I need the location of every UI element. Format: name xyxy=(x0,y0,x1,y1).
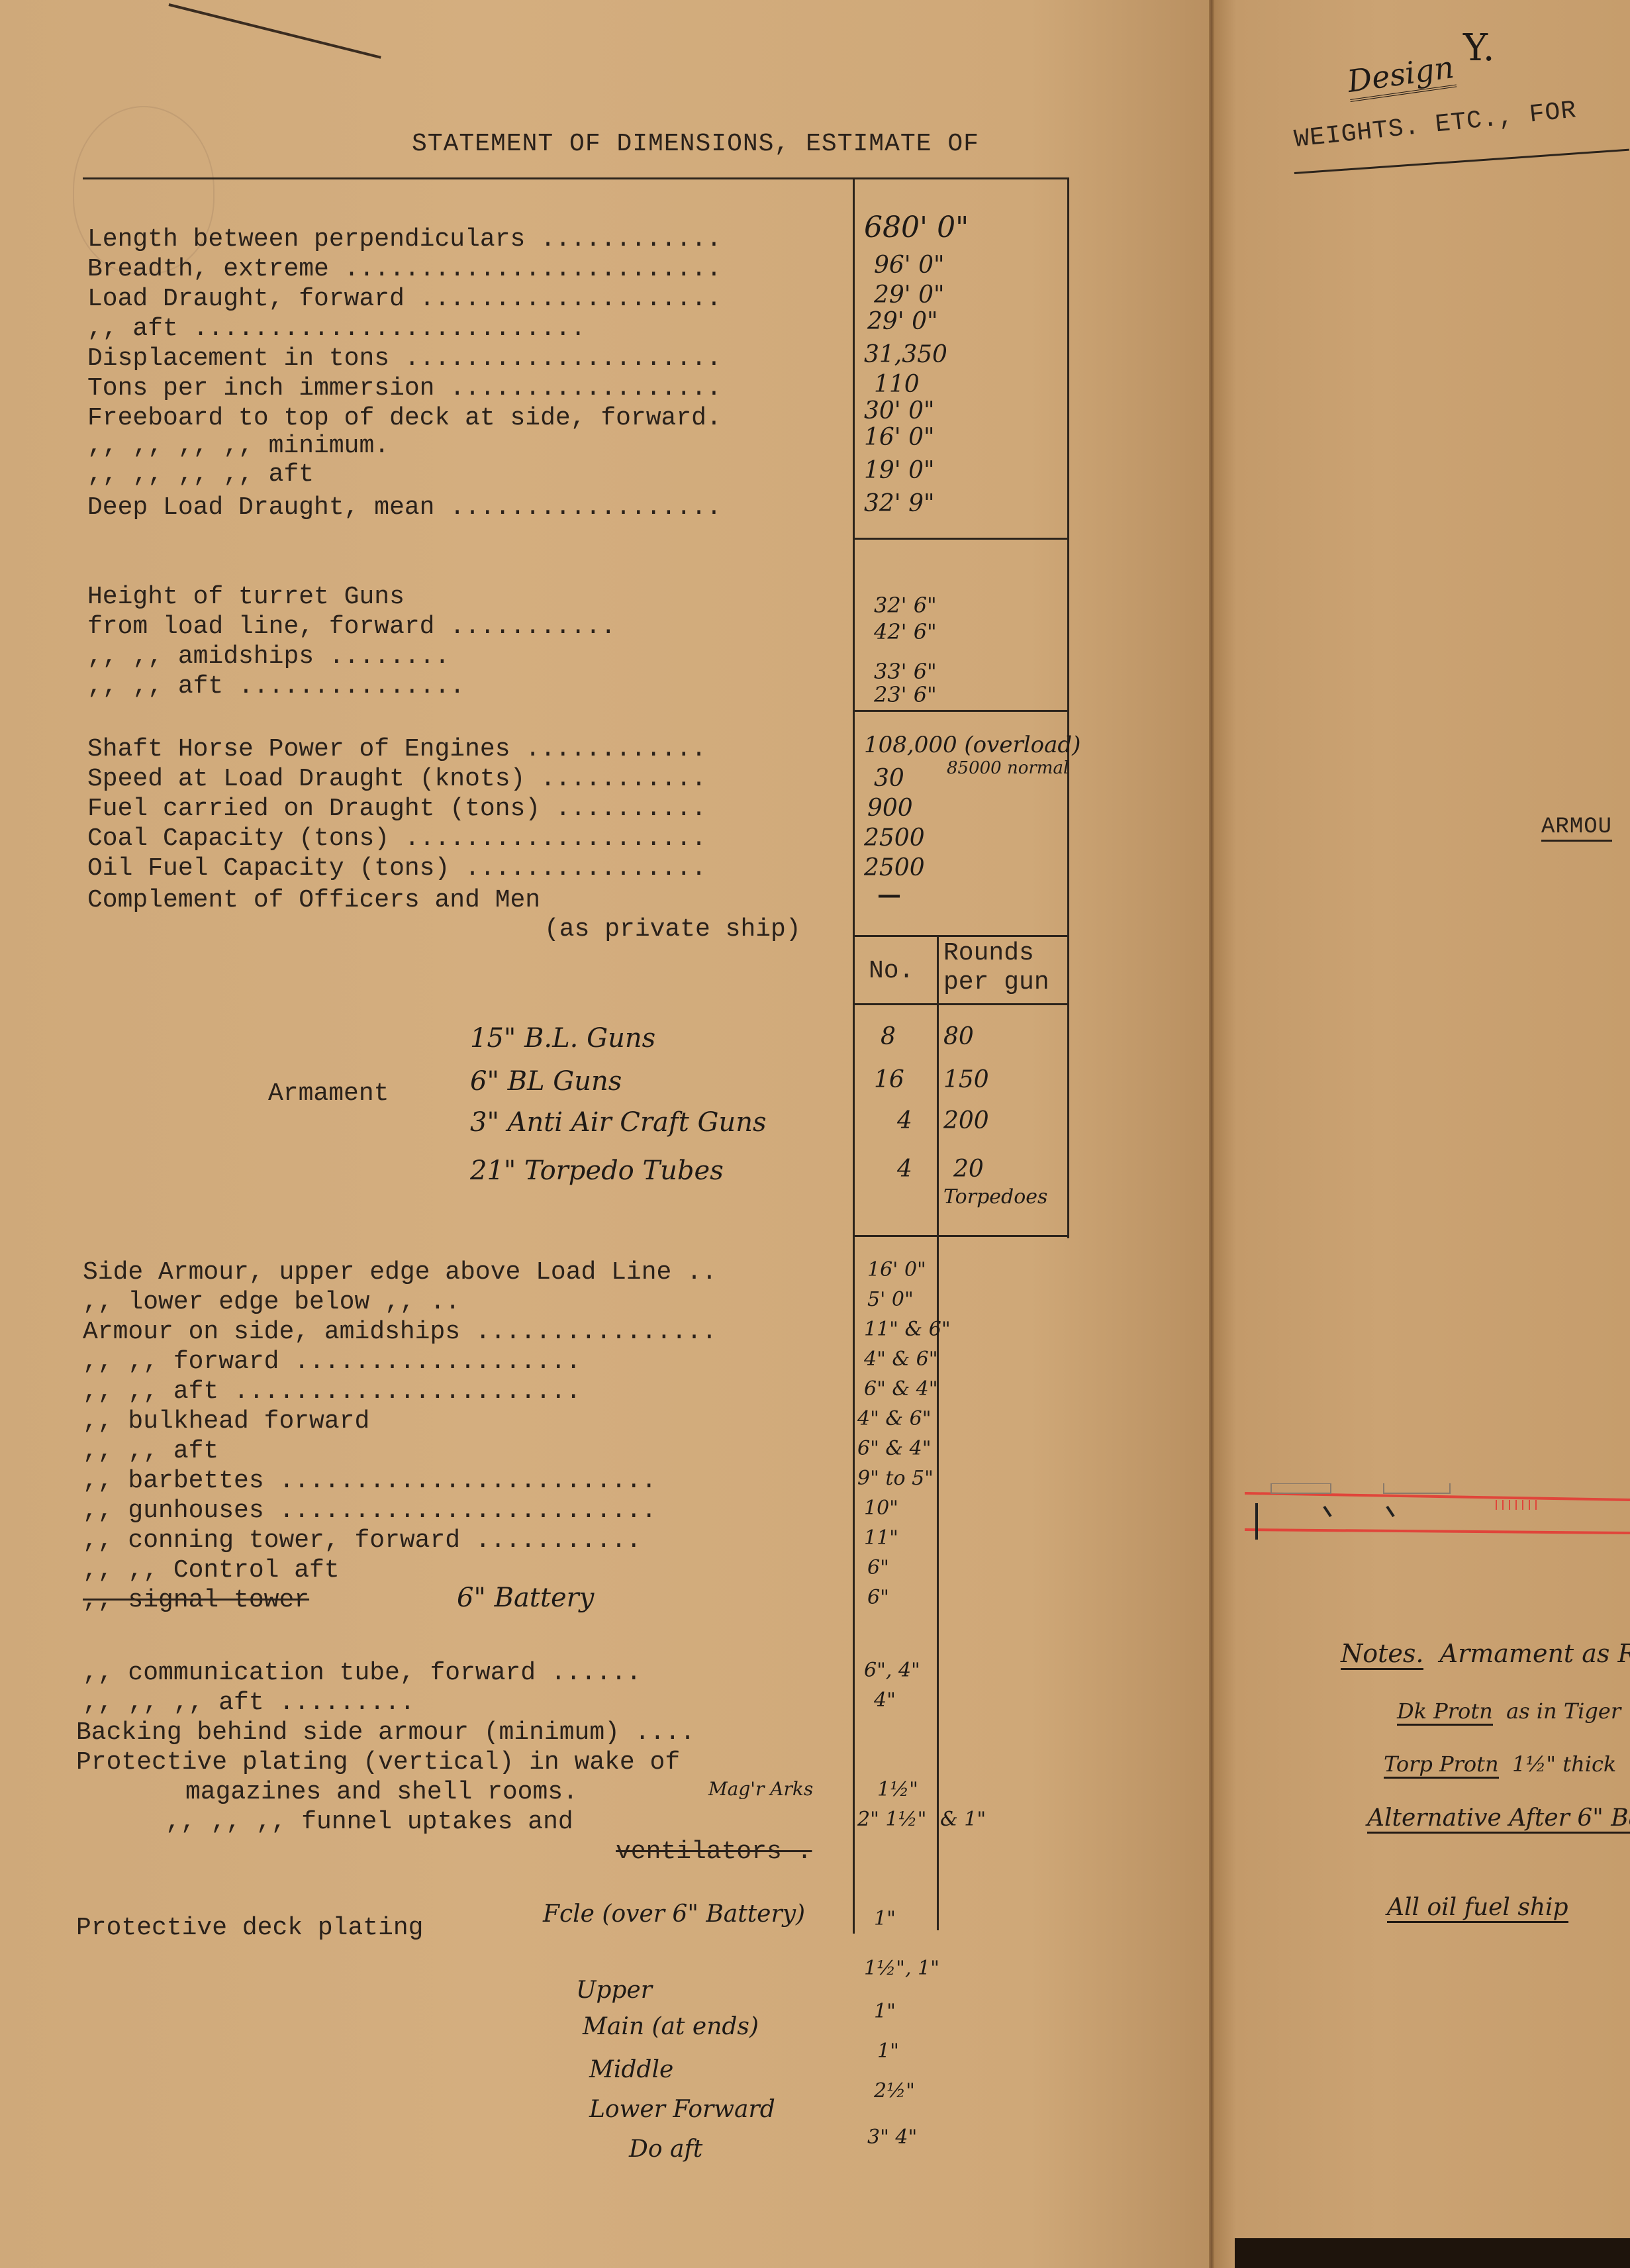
turret-value: 33' 6" xyxy=(874,659,937,684)
box-divider-3 xyxy=(853,935,1069,937)
armour-value: 6" xyxy=(867,1586,889,1609)
turret-value: 32' 6" xyxy=(874,593,937,618)
armour-value: 11" xyxy=(864,1526,898,1550)
armour-value: 10" xyxy=(864,1497,898,1520)
machinery-row: Coal Capacity (tons) ...................… xyxy=(87,824,706,854)
armour-row: Backing behind side armour (minimum) ...… xyxy=(76,1718,695,1748)
armour-row: ,, ,, aft xyxy=(83,1437,218,1466)
turret-row: ,, ,, aft ............... xyxy=(87,672,465,701)
dimension-row: ,, ,, ,, ,, aft xyxy=(87,460,314,489)
armour-section-heading: ARMOU xyxy=(1541,814,1612,842)
machinery-value: 2500 xyxy=(864,824,925,852)
deck-name: Main (at ends) xyxy=(583,2013,759,2040)
armour-value: 6" xyxy=(867,1556,889,1579)
machinery-row: Complement of Officers and Men xyxy=(87,886,540,915)
armament-no: 8 xyxy=(881,1023,896,1050)
note-row: Torp Protn 1½" thick xyxy=(1384,1751,1616,1777)
dimension-row: Displacement in tons ...................… xyxy=(87,344,722,373)
deck-name: Upper xyxy=(576,1977,652,2004)
note-row: All oil fuel ship xyxy=(1387,1894,1568,1923)
armament-rounds: 20 xyxy=(953,1156,984,1183)
dimension-row: ,, aft .......................... xyxy=(87,315,586,344)
armour-value: 9" to 5" xyxy=(857,1467,934,1490)
armour-row: ,, ,, aft ....................... xyxy=(83,1377,581,1406)
armour-row: ,, bulkhead forward xyxy=(83,1407,369,1436)
machinery-row: Oil Fuel Capacity (tons) ...............… xyxy=(87,854,706,883)
armament-rounds: 80 xyxy=(943,1023,974,1050)
dimension-row: Tons per inch immersion ................… xyxy=(87,374,722,403)
machinery-row: (as private ship) xyxy=(544,915,801,944)
box-divider-2 xyxy=(853,710,1069,712)
dimension-value: 96' 0" xyxy=(874,252,945,279)
armour-row: magazines and shell rooms. xyxy=(185,1778,578,1807)
machinery-row: Speed at Load Draught (knots) ..........… xyxy=(87,765,706,794)
armament-col-rounds: Rounds xyxy=(943,939,1034,968)
machinery-value: 108,000 (overload) xyxy=(864,732,1080,758)
note-row: Dk Protn as in Tiger xyxy=(1397,1699,1621,1724)
dimension-value: 31,350 xyxy=(864,341,947,368)
armament-rounds: 200 xyxy=(943,1107,989,1134)
armament-col-no: No. xyxy=(869,957,914,986)
turret-value: 23' 6" xyxy=(874,682,937,707)
deck-plating-label: Protective deck plating xyxy=(76,1914,424,1943)
armament-no: 16 xyxy=(874,1066,904,1093)
machinery-value: — xyxy=(877,881,901,909)
dimension-row: Load Draught, forward ..................… xyxy=(87,285,722,314)
box-divider-4 xyxy=(853,1003,1069,1005)
right-page xyxy=(1212,0,1630,2268)
armour-value: 4" & 6" xyxy=(864,1348,938,1371)
armour-row: ventilators . xyxy=(616,1838,812,1867)
armour-row: Protective plating (vertical) in wake of xyxy=(76,1748,680,1777)
machinery-value: 30 xyxy=(874,765,904,792)
armament-no: 4 xyxy=(897,1107,912,1134)
ship-profile-sketch-icon xyxy=(1245,1483,1630,1563)
box-divider-1 xyxy=(853,538,1069,540)
armour-insert: Mag'r Arks xyxy=(708,1778,813,1800)
armour-insert: 6" Battery xyxy=(457,1583,594,1613)
note-row: Notes. Armament as R.S xyxy=(1341,1639,1630,1668)
armour-row: Side Armour, upper edge above Load Line … xyxy=(83,1258,717,1287)
armour-value: 6" & 4" xyxy=(857,1437,932,1460)
dimension-row: Breadth, extreme .......................… xyxy=(87,255,722,284)
armament-gun: 21" Torpedo Tubes xyxy=(470,1156,724,1186)
armour-row: ,, ,, ,, aft ......... xyxy=(83,1689,415,1718)
machinery-note: 85000 normal xyxy=(947,758,1069,778)
armour-value: 16' 0" xyxy=(867,1258,926,1281)
book-edge xyxy=(1235,2238,1630,2268)
dimension-row: Length between perpendiculars ..........… xyxy=(87,225,722,254)
armour-row: ,, ,, Control aft xyxy=(83,1556,340,1585)
armour-value: 11" & 6" xyxy=(864,1318,951,1341)
design-letter: Y. xyxy=(1463,26,1495,70)
armour-row: ,, ,, ,, funnel uptakes and xyxy=(166,1808,573,1837)
armour-value: 6" & 4" xyxy=(864,1377,938,1401)
armament-gun: 15" B.L. Guns xyxy=(470,1023,655,1054)
deck-name: Do aft xyxy=(629,2136,702,2163)
armament-gun: 3" Anti Air Craft Guns xyxy=(470,1107,766,1138)
dimension-value: 29' 0" xyxy=(867,308,938,335)
document-title-left: STATEMENT OF DIMENSIONS, ESTIMATE OF xyxy=(412,130,979,158)
dimension-value: 680' 0" xyxy=(864,211,969,244)
armament-gun: 6" BL Guns xyxy=(470,1066,622,1097)
dimension-value: 16' 0" xyxy=(864,424,935,451)
armour-row: ,, gunhouses ......................... xyxy=(83,1497,657,1526)
deck-value: 3" 4" xyxy=(867,2126,917,2149)
deck-value: 1" xyxy=(874,2000,896,2023)
turret-value: 42' 6" xyxy=(874,619,937,644)
armour-value: 6", 4" xyxy=(864,1659,920,1682)
dimension-value: 32' 9" xyxy=(864,490,935,517)
armour-row: ,, communication tube, forward ...... xyxy=(83,1659,642,1688)
deck-name: Middle xyxy=(589,2056,673,2083)
dimension-value: 110 xyxy=(874,371,920,398)
machinery-value: 2500 xyxy=(864,854,925,881)
armour-row: ,, conning tower, forward ........... xyxy=(83,1526,642,1555)
dimension-value: 30' 0" xyxy=(864,397,935,424)
deck-value: 1" xyxy=(877,2040,899,2063)
armament-no: 4 xyxy=(897,1156,912,1183)
armour-value: 4" xyxy=(874,1689,896,1712)
armour-row: Armour on side, amidships ..............… xyxy=(83,1318,717,1347)
armour-row: ,, barbettes ......................... xyxy=(83,1467,657,1496)
machinery-value: 900 xyxy=(867,795,913,822)
armour-row: ,, lower edge below ,, .. xyxy=(83,1288,460,1317)
machinery-row: Fuel carried on Draught (tons) .........… xyxy=(87,795,706,824)
deck-name: Fcle (over 6" Battery) xyxy=(543,1900,805,1928)
deck-value: 2½" xyxy=(874,2079,915,2102)
turret-heading: Height of turret Guns xyxy=(87,583,405,612)
armour-value-extra: & 1" xyxy=(940,1808,986,1831)
dimension-value: 19' 0" xyxy=(864,457,935,484)
book-gutter xyxy=(1209,0,1214,2268)
deck-value: 1½", 1" xyxy=(864,1957,939,1980)
armament-label: Armament xyxy=(268,1079,389,1109)
armour-value: 1½" xyxy=(877,1778,918,1801)
dimension-row: Freeboard to top of deck at side, forwar… xyxy=(87,404,722,433)
armament-rounds-note: Torpedoes xyxy=(943,1185,1047,1208)
armament-col-rounds: per gun xyxy=(943,968,1049,997)
dimension-value: 29' 0" xyxy=(874,281,945,309)
deck-name: Lower Forward xyxy=(589,2096,775,2123)
title-rule-left xyxy=(83,177,1069,179)
dimension-row: Deep Load Draught, mean ................… xyxy=(87,493,722,522)
value-column-left-border xyxy=(853,179,855,1934)
armour-row: ,, ,, forward ................... xyxy=(83,1348,581,1377)
armour-value: 2" 1½" xyxy=(857,1808,926,1831)
armament-column-divider xyxy=(937,937,939,1930)
turret-row: ,, ,, amidships ........ xyxy=(87,642,450,671)
armour-value: 5' 0" xyxy=(867,1288,914,1311)
armour-row: ,, signal tower xyxy=(83,1586,309,1615)
armour-value: 4" & 6" xyxy=(857,1407,932,1430)
value-column-right-border xyxy=(1067,179,1069,1238)
machinery-row: Shaft Horse Power of Engines ...........… xyxy=(87,735,706,764)
armament-rounds: 150 xyxy=(943,1066,989,1093)
box-divider-5 xyxy=(853,1235,1069,1237)
note-row: Alternative After 6" Bat xyxy=(1367,1804,1630,1834)
turret-row: from load line, forward ........... xyxy=(87,613,616,642)
deck-value: 1" xyxy=(874,1907,896,1930)
dimension-row: ,, ,, ,, ,, minimum. xyxy=(87,432,389,461)
